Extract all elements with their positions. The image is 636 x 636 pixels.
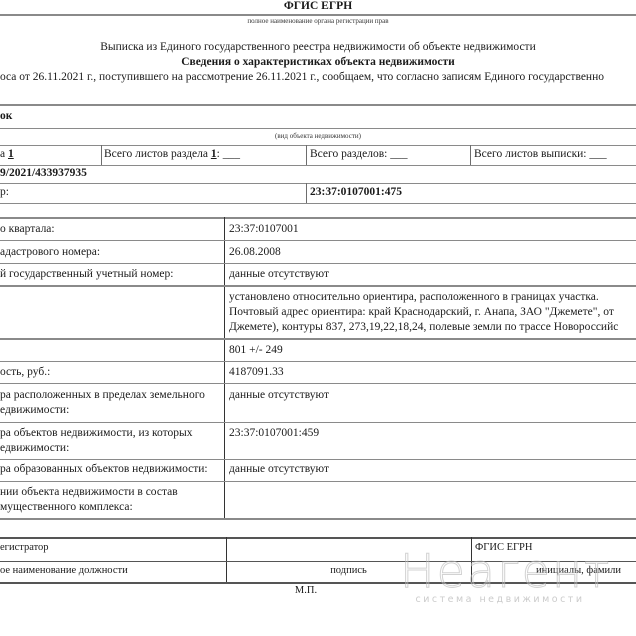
cadastral-number: 23:37:0107001:475	[310, 186, 402, 198]
cell-border	[101, 145, 102, 165]
row-label-source-objects-line1: ра объектов недвижимости, из которых	[0, 427, 192, 439]
row-value-buildings: данные отсутствуют	[229, 389, 329, 401]
divider	[0, 459, 636, 460]
row-label-buildings-line2: едвижимости:	[0, 404, 69, 416]
cell-border	[306, 145, 307, 165]
divider	[0, 183, 636, 184]
document-subtitle: Сведения о характеристиках объекта недви…	[0, 56, 636, 68]
cadastral-label: р:	[0, 186, 9, 198]
watermark: Неагент система недвижимости	[400, 548, 600, 605]
divider	[0, 240, 636, 241]
row-label-cost: ость, руб.:	[0, 366, 50, 378]
row-value-prev-number: данные отсутствуют	[229, 268, 329, 280]
divider	[0, 263, 636, 264]
row-label-quarter: о квартала:	[0, 223, 55, 235]
sheets-in-section-label: Всего листов раздела	[104, 148, 208, 160]
document-title: Выписка из Единого государственного реес…	[0, 41, 636, 53]
object-type: ок	[0, 110, 12, 122]
table-bottom-border	[0, 518, 636, 520]
sheet-label: а	[0, 148, 5, 160]
row-value-address-line2: Почтовый адрес ориентира: край Краснодар…	[229, 306, 614, 318]
total-sheets: Всего листов выписки: ___	[474, 148, 607, 160]
cell-border	[226, 537, 227, 583]
sheet-cell: а 1	[0, 148, 14, 160]
watermark-tagline: система недвижимости	[400, 594, 600, 605]
signature-top-border	[0, 537, 636, 539]
table-top-border	[0, 217, 636, 219]
cell-border	[471, 537, 472, 583]
divider	[0, 422, 636, 423]
signature-bottom-border	[0, 582, 636, 584]
divider	[0, 145, 636, 146]
divider	[0, 338, 636, 340]
stamp-placeholder: М.П.	[226, 585, 386, 596]
row-label-prev-number: й государственный учетный номер:	[0, 268, 173, 280]
signature-caption: подпись	[226, 565, 471, 576]
row-label-assign-date: адастрового номера:	[0, 246, 100, 258]
object-type-caption: (вид объекта недвижимости)	[0, 132, 636, 140]
row-label-complex-line2: мущественного комплекса:	[0, 501, 133, 513]
initials-caption: инициалы, фамили	[536, 565, 621, 576]
row-value-cost: 4187091.33	[229, 366, 284, 378]
divider	[0, 361, 636, 362]
divider	[0, 561, 636, 562]
row-label-source-objects-line2: едвижимости:	[0, 442, 69, 454]
divider	[0, 165, 636, 166]
extract-number: 9/2021/433937935	[0, 167, 87, 179]
row-value-assign-date: 26.08.2008	[229, 246, 281, 258]
position-caption: ое наименование должности	[0, 565, 128, 576]
agency-name: ФГИС ЕГРН	[0, 0, 636, 12]
divider	[0, 203, 636, 204]
divider	[0, 14, 636, 16]
row-label-derived-objects: ра образованных объектов недвижимости:	[0, 463, 208, 475]
sheet-number: 1	[8, 148, 14, 160]
agency-caption: полное наименование органа регистрации п…	[0, 17, 636, 25]
cell-border	[306, 183, 307, 203]
row-value-source-objects: 23:37:0107001:459	[229, 427, 319, 439]
divider	[0, 128, 636, 129]
sheets-in-section-suffix: : ___	[217, 148, 240, 160]
divider	[0, 285, 636, 287]
registrar-name: ФГИС ЕГРН	[475, 542, 532, 553]
row-value-derived-objects: данные отсутствуют	[229, 463, 329, 475]
divider	[0, 104, 636, 106]
row-label-buildings-line1: ра расположенных в пределах земельного	[0, 389, 205, 401]
request-line: оса от 26.11.2021 г., поступившего на ра…	[0, 71, 604, 83]
row-value-quarter: 23:37:0107001	[229, 223, 299, 235]
row-label-complex-line1: нии объекта недвижимости в состав	[0, 486, 178, 498]
row-value-address-line3: Джемете), контуры 837, 273,19,22,18,24, …	[229, 321, 618, 333]
row-value-area: 801 +/- 249	[229, 344, 283, 356]
total-sections: Всего разделов: ___	[310, 148, 407, 160]
sheets-in-section: Всего листов раздела 1: ___	[104, 148, 240, 160]
divider	[0, 481, 636, 482]
cell-border	[470, 145, 471, 165]
divider	[0, 383, 636, 384]
registrar-position: егистратор	[0, 542, 49, 553]
row-value-address-line1: установлено относительно ориентира, расп…	[229, 291, 599, 303]
